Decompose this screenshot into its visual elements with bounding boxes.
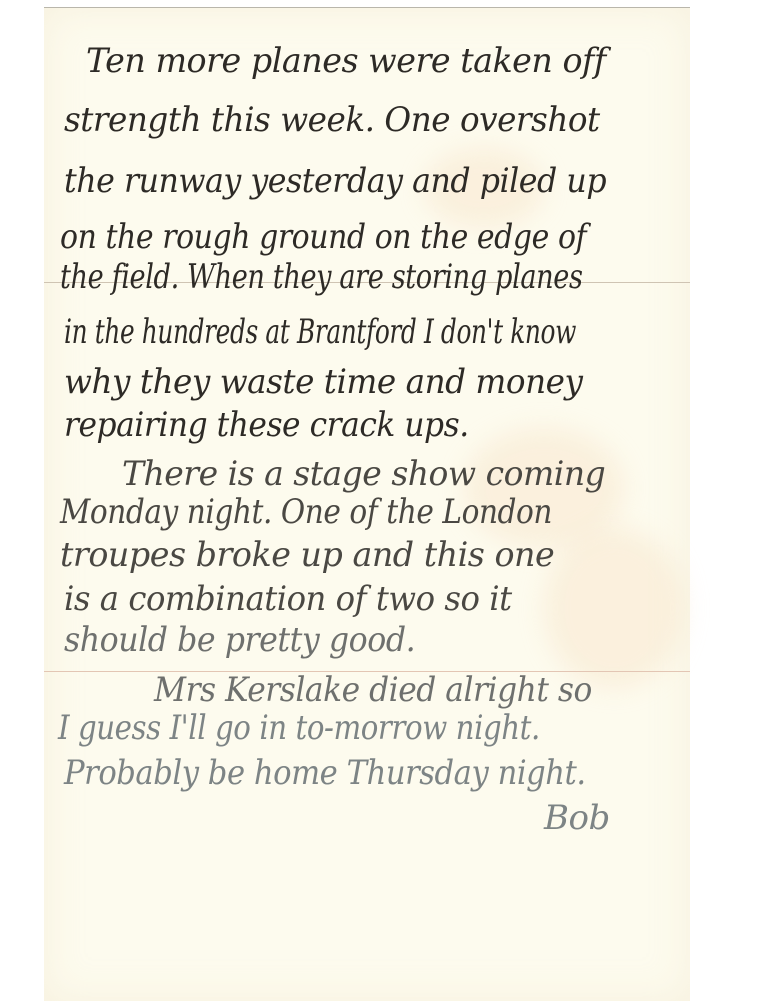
letter-line: There is a stage show coming xyxy=(122,454,605,494)
letter-line: why they waste time and money xyxy=(64,362,582,402)
letter-body: Ten more planes were taken off strength … xyxy=(44,8,690,1001)
letter-line: Probably be home Thursday night. xyxy=(64,753,586,793)
letter-line: in the hundreds at Brantford I don't kno… xyxy=(64,312,576,352)
letter-line: repairing these crack ups. xyxy=(64,405,469,445)
letter-line: Monday night. One of the London xyxy=(60,492,552,532)
signature: Bob xyxy=(544,798,610,838)
letter-line: is a combination of two so it xyxy=(64,579,512,619)
scanned-letter-page: Ten more planes were taken off strength … xyxy=(0,0,768,1004)
letter-line: should be pretty good. xyxy=(64,620,415,660)
letter-line: I guess I'll go in to-morrow night. xyxy=(58,708,540,748)
paper-sheet: Ten more planes were taken off strength … xyxy=(44,7,690,1001)
letter-line: Ten more planes were taken off xyxy=(86,41,606,81)
letter-line: troupes broke up and this one xyxy=(60,535,554,575)
letter-line: the runway yesterday and piled up xyxy=(64,161,606,201)
letter-line: on the rough ground on the edge of xyxy=(60,217,586,257)
letter-line: Mrs Kerslake died alright so xyxy=(154,670,592,710)
letter-line: strength this week. One overshot xyxy=(64,100,600,140)
letter-line: the field. When they are storing planes xyxy=(60,257,583,297)
